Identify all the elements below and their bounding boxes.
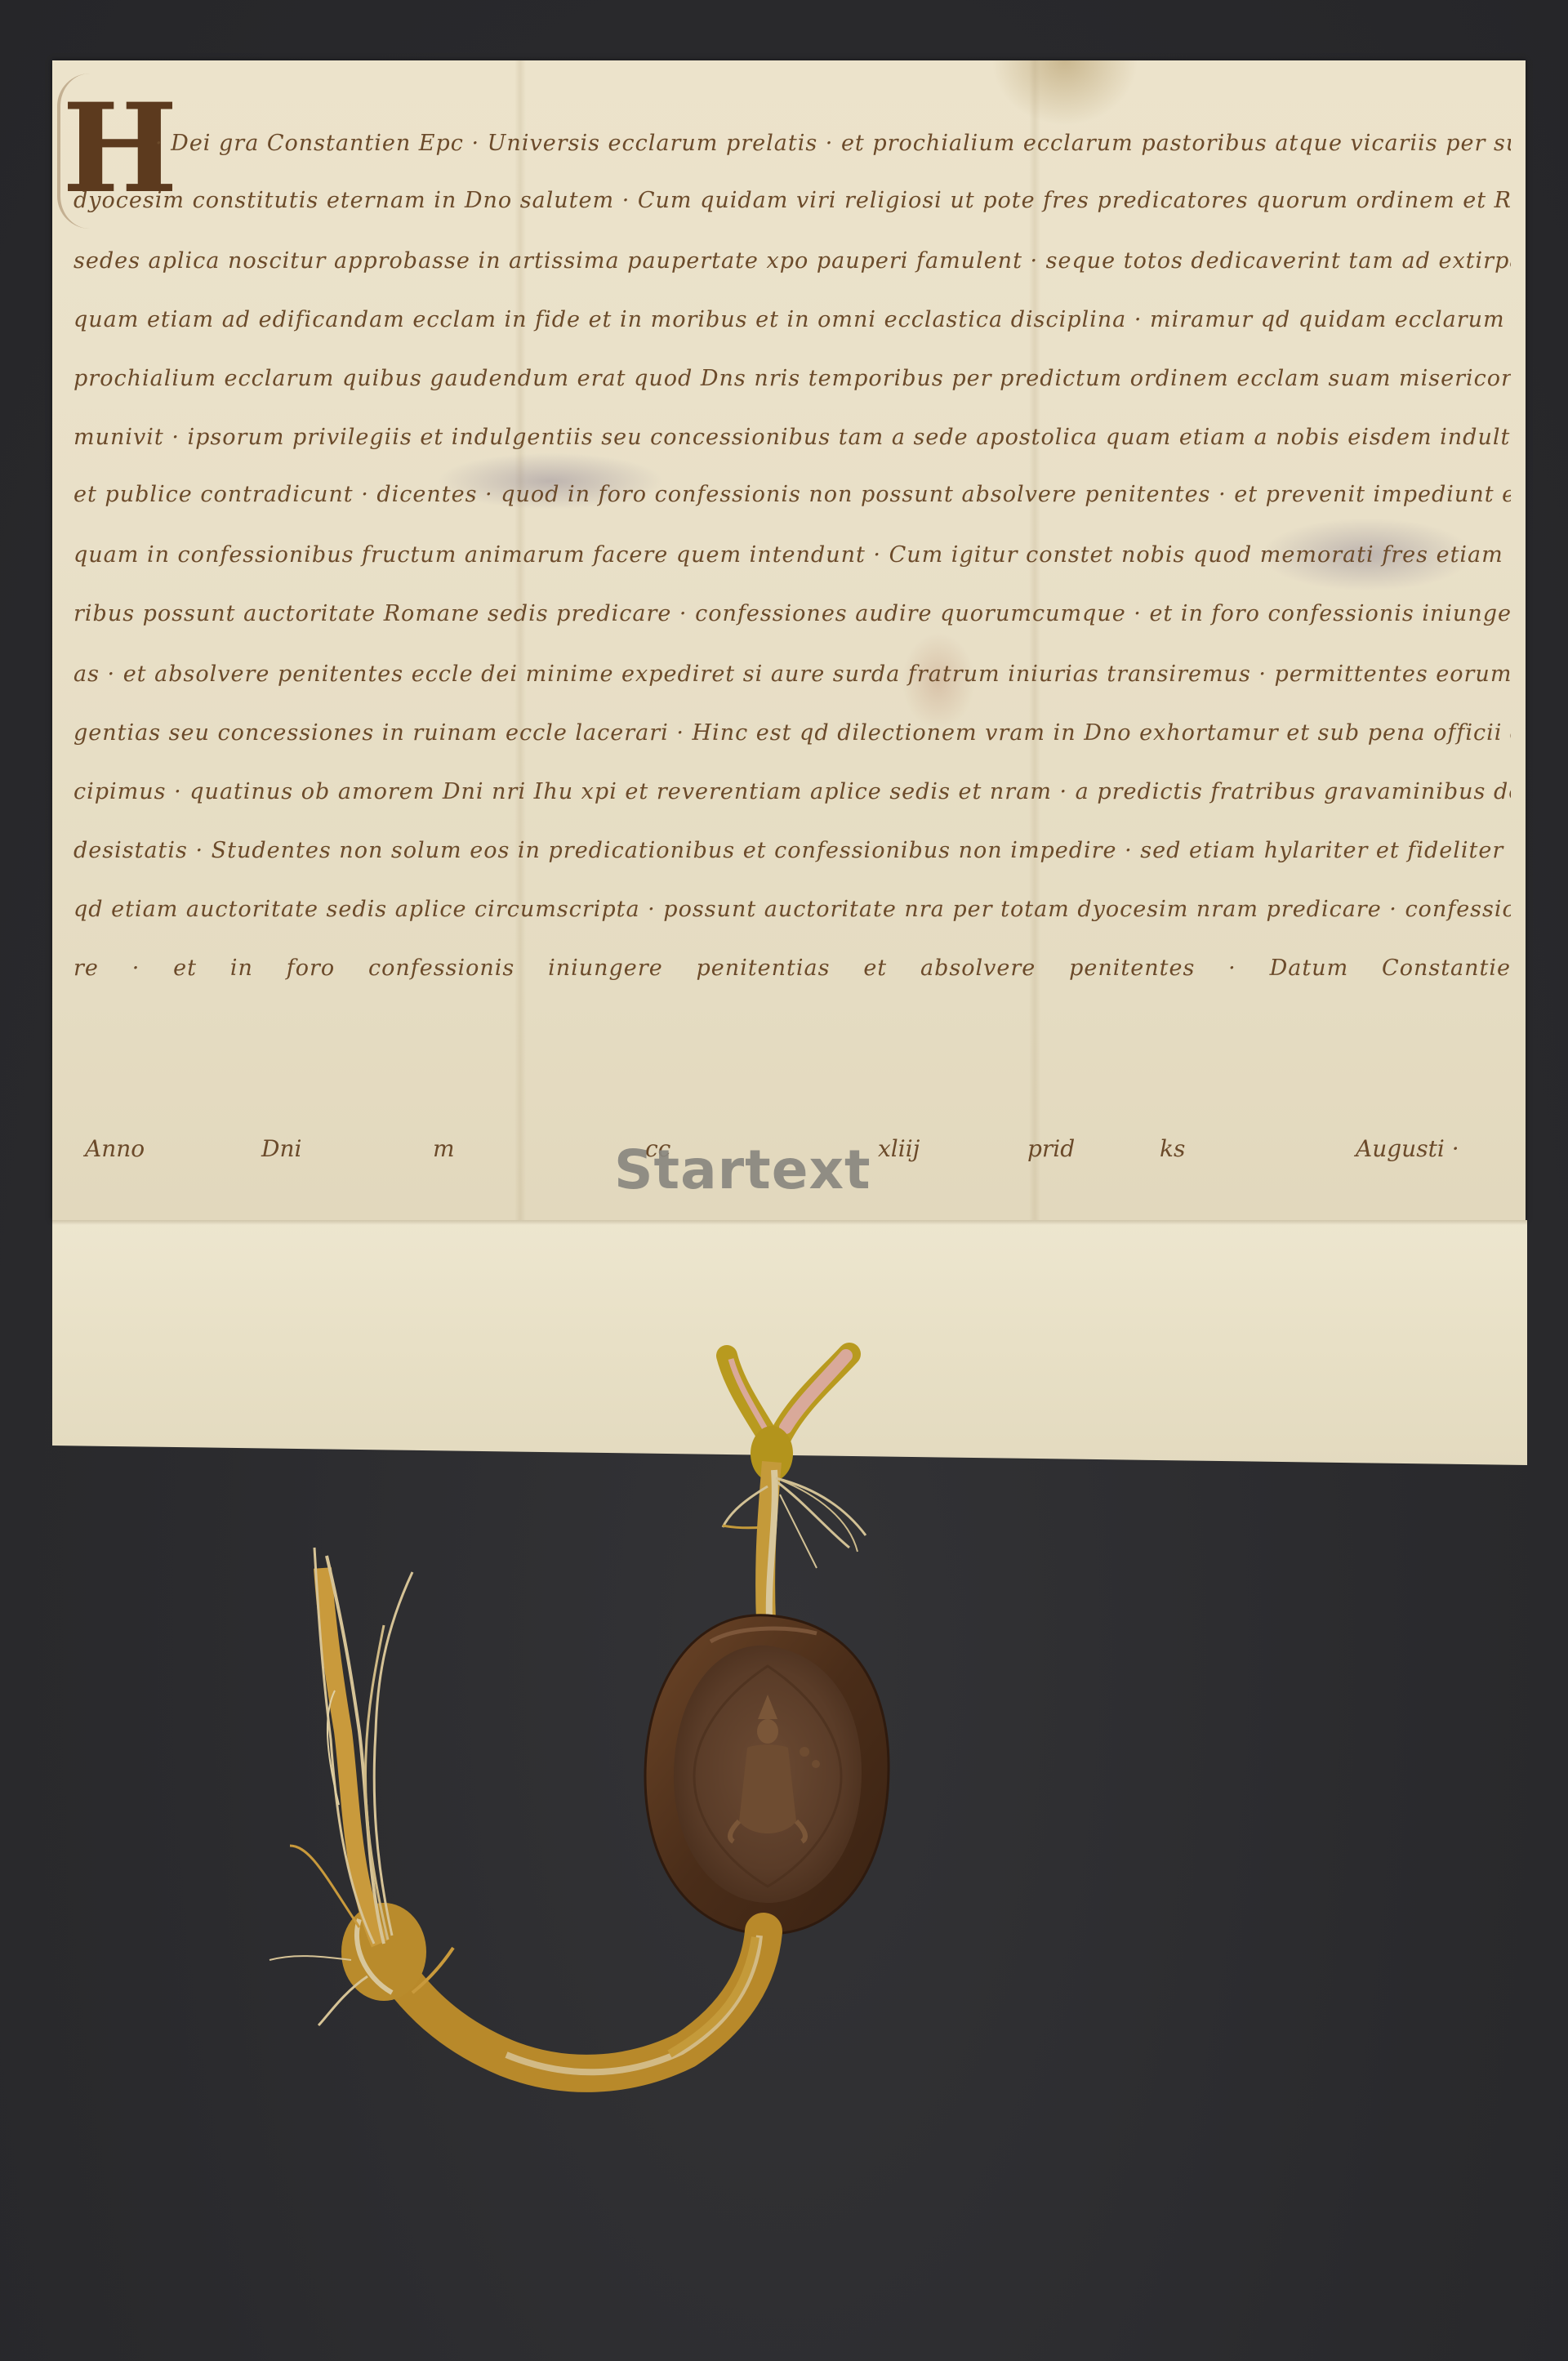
cord-strand-icon <box>723 1462 866 1621</box>
wax-seal <box>645 1615 889 1934</box>
cord-loop-icon <box>727 1354 849 1481</box>
seal-and-cord <box>0 0 1568 2361</box>
